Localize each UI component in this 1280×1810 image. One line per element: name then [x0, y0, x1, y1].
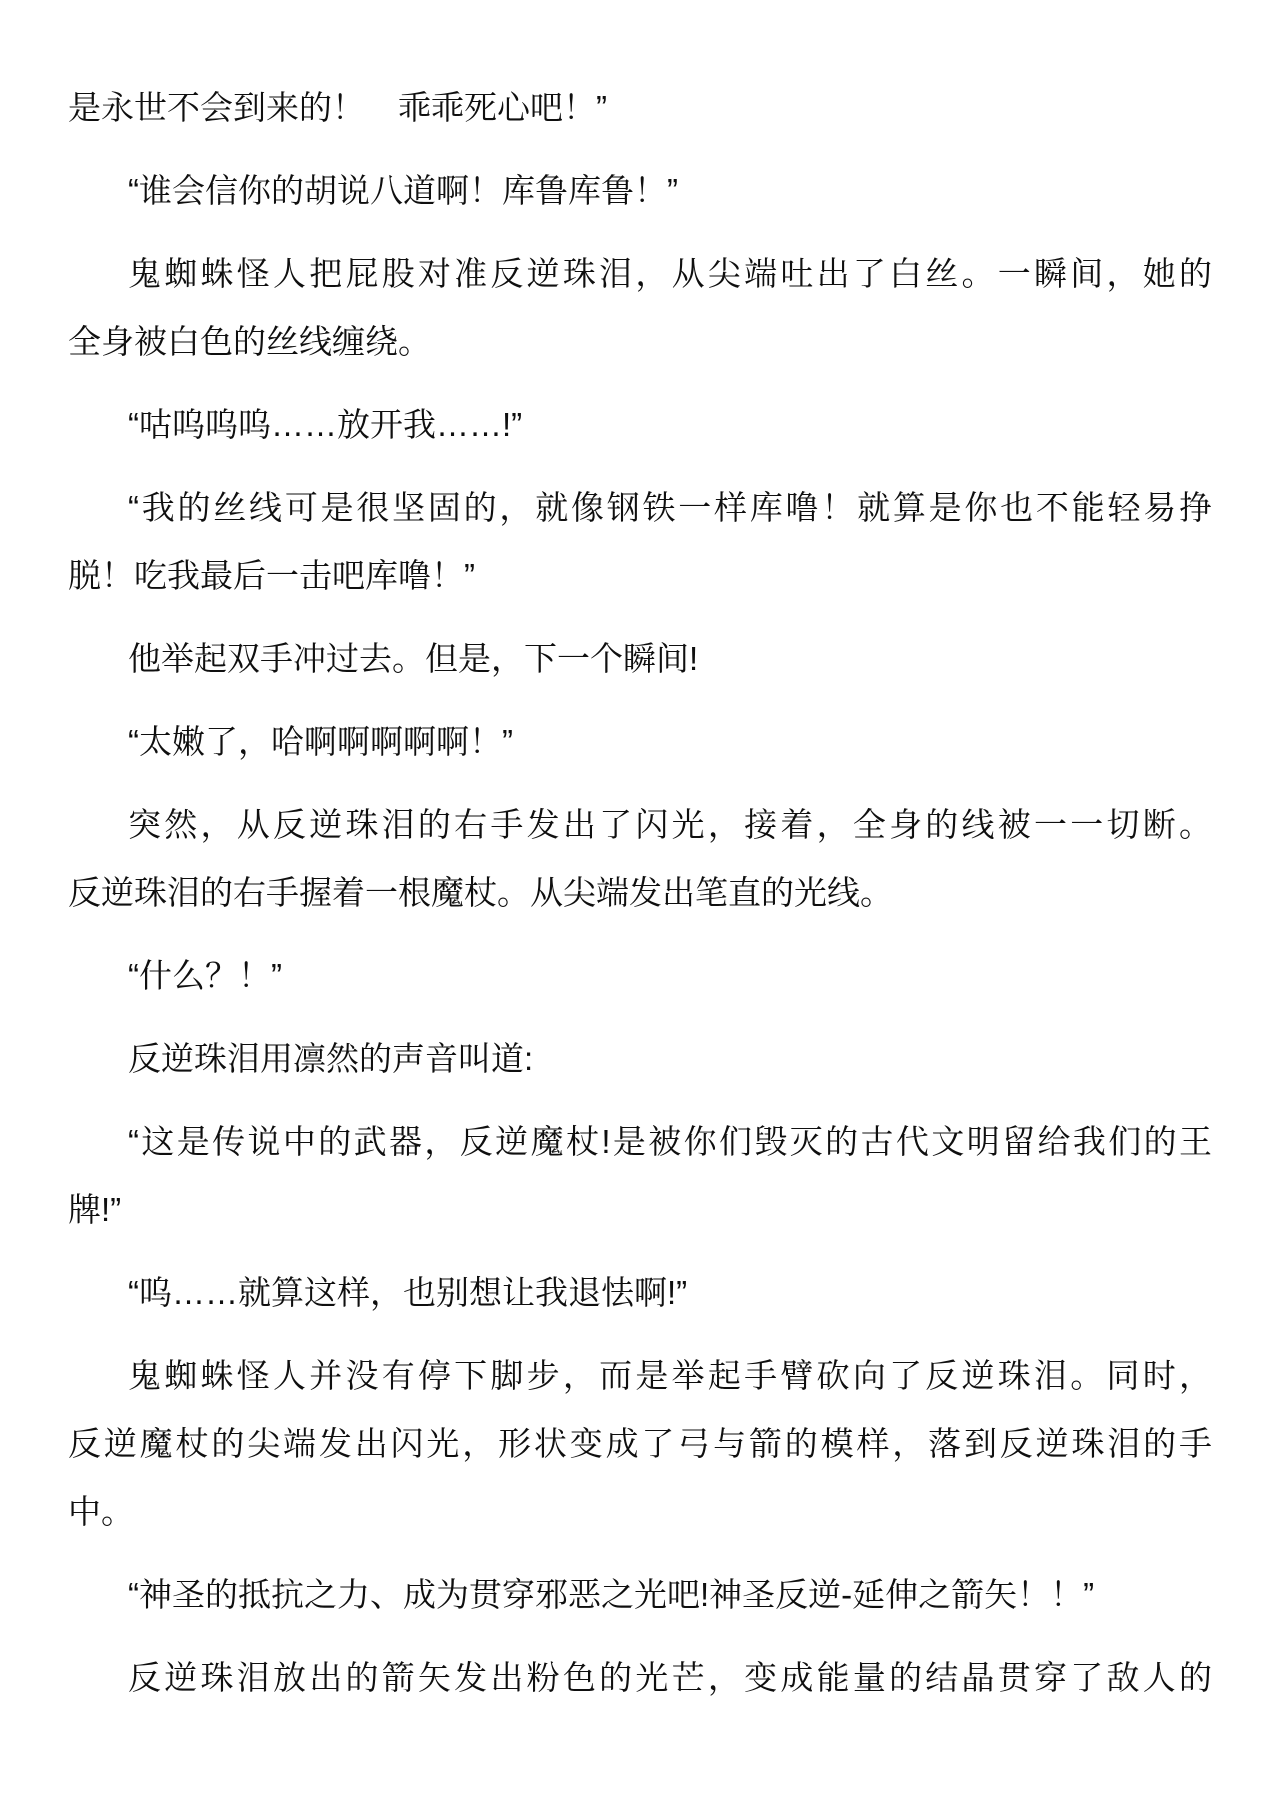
- text-line: 反逆珠泪的右手握着一根魔杖。从尖端发出笔直的光线。: [68, 859, 1212, 927]
- paragraph: 鬼蜘蛛怪人把屁股对准反逆珠泪，从尖端吐出了白丝。一瞬间，她的 全身被白色的丝线缠…: [68, 240, 1212, 376]
- text-line: 他举起双手冲过去。但是，下一个瞬间!: [68, 625, 1212, 693]
- novel-page: 是永世不会到来的！ 乖乖死心吧！” “谁会信你的胡说八道啊！库鲁库鲁！” 鬼蜘蛛…: [0, 0, 1280, 1810]
- text-line: “呜……就算这样，也别想让我退怯啊!”: [68, 1259, 1212, 1327]
- paragraph: “神圣的抵抗之力、成为贯穿邪恶之光吧!神圣反逆-延伸之箭矢！！”: [68, 1561, 1212, 1629]
- text-line: “我的丝线可是很坚固的，就像钢铁一样库噜！就算是你也不能轻易挣: [68, 474, 1212, 542]
- text-line: “神圣的抵抗之力、成为贯穿邪恶之光吧!神圣反逆-延伸之箭矢！！”: [68, 1561, 1212, 1629]
- text-line: “这是传说中的武器，反逆魔杖!是被你们毁灭的古代文明留给我们的王: [68, 1108, 1212, 1176]
- text-line: “谁会信你的胡说八道啊！库鲁库鲁！”: [68, 157, 1212, 225]
- paragraph: 反逆珠泪用凛然的声音叫道:: [68, 1025, 1212, 1093]
- paragraph: “咕呜呜呜……放开我……!”: [68, 391, 1212, 459]
- text-line: 全身被白色的丝线缠绕。: [68, 308, 1212, 376]
- paragraph: “太嫩了，哈啊啊啊啊啊！”: [68, 708, 1212, 776]
- text-line: “太嫩了，哈啊啊啊啊啊！”: [68, 708, 1212, 776]
- paragraph: “什么？！”: [68, 942, 1212, 1010]
- text-line: 反逆珠泪放出的箭矢发出粉色的光芒，变成能量的结晶贯穿了敌人的: [68, 1644, 1212, 1712]
- text-line: 反逆魔杖的尖端发出闪光，形状变成了弓与箭的模样，落到反逆珠泪的手: [68, 1410, 1212, 1478]
- paragraph: 反逆珠泪放出的箭矢发出粉色的光芒，变成能量的结晶贯穿了敌人的: [68, 1644, 1212, 1712]
- paragraph: 鬼蜘蛛怪人并没有停下脚步，而是举起手臂砍向了反逆珠泪。同时， 反逆魔杖的尖端发出…: [68, 1342, 1212, 1546]
- paragraph: 是永世不会到来的！ 乖乖死心吧！”: [68, 74, 1212, 142]
- text-line: 鬼蜘蛛怪人并没有停下脚步，而是举起手臂砍向了反逆珠泪。同时，: [68, 1342, 1212, 1410]
- text-line: “咕呜呜呜……放开我……!”: [68, 391, 1212, 459]
- text-line: 牌!”: [68, 1176, 1212, 1244]
- paragraph: “我的丝线可是很坚固的，就像钢铁一样库噜！就算是你也不能轻易挣 脱！吃我最后一击…: [68, 474, 1212, 610]
- text-line: 鬼蜘蛛怪人把屁股对准反逆珠泪，从尖端吐出了白丝。一瞬间，她的: [68, 240, 1212, 308]
- text-line: 脱！吃我最后一击吧库噜！”: [68, 542, 1212, 610]
- text-line: 反逆珠泪用凛然的声音叫道:: [68, 1025, 1212, 1093]
- text-line: 中。: [68, 1478, 1212, 1546]
- text-line: 是永世不会到来的！ 乖乖死心吧！”: [68, 74, 1212, 142]
- paragraph: “谁会信你的胡说八道啊！库鲁库鲁！”: [68, 157, 1212, 225]
- paragraph: 突然，从反逆珠泪的右手发出了闪光，接着，全身的线被一一切断。 反逆珠泪的右手握着…: [68, 791, 1212, 927]
- text-line: 突然，从反逆珠泪的右手发出了闪光，接着，全身的线被一一切断。: [68, 791, 1212, 859]
- paragraph: 他举起双手冲过去。但是，下一个瞬间!: [68, 625, 1212, 693]
- paragraph: “这是传说中的武器，反逆魔杖!是被你们毁灭的古代文明留给我们的王 牌!”: [68, 1108, 1212, 1244]
- text-line: “什么？！”: [68, 942, 1212, 1010]
- paragraph: “呜……就算这样，也别想让我退怯啊!”: [68, 1259, 1212, 1327]
